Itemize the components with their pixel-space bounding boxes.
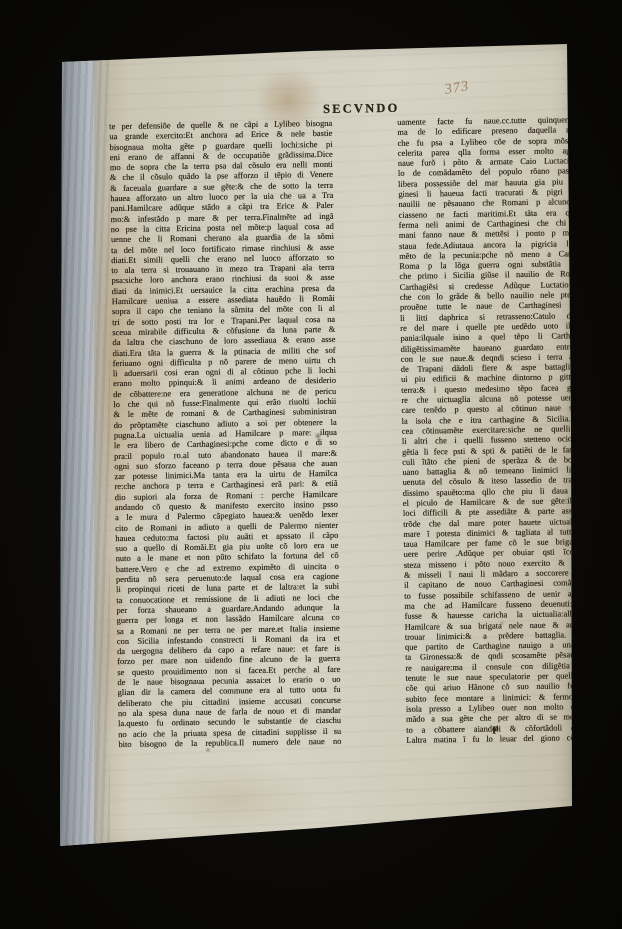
running-head: SECVNDO xyxy=(323,101,400,117)
signature-mark: P xyxy=(492,725,499,736)
text-column-left: te per defensiõe de quelle & ne cãpi a L… xyxy=(109,118,341,749)
incunable-leaf: SECVNDO 373 te per defensiõe de quelle &… xyxy=(50,38,575,853)
photograph-background: SECVNDO 373 te per defensiõe de quelle &… xyxy=(0,0,622,929)
handwritten-folio-number: 373 xyxy=(443,78,470,99)
text-column-right: uamente facte fu naue.cc.tutte quinquere… xyxy=(397,113,622,744)
printed-content: SECVNDO 373 te per defensiõe de quelle &… xyxy=(44,34,581,857)
